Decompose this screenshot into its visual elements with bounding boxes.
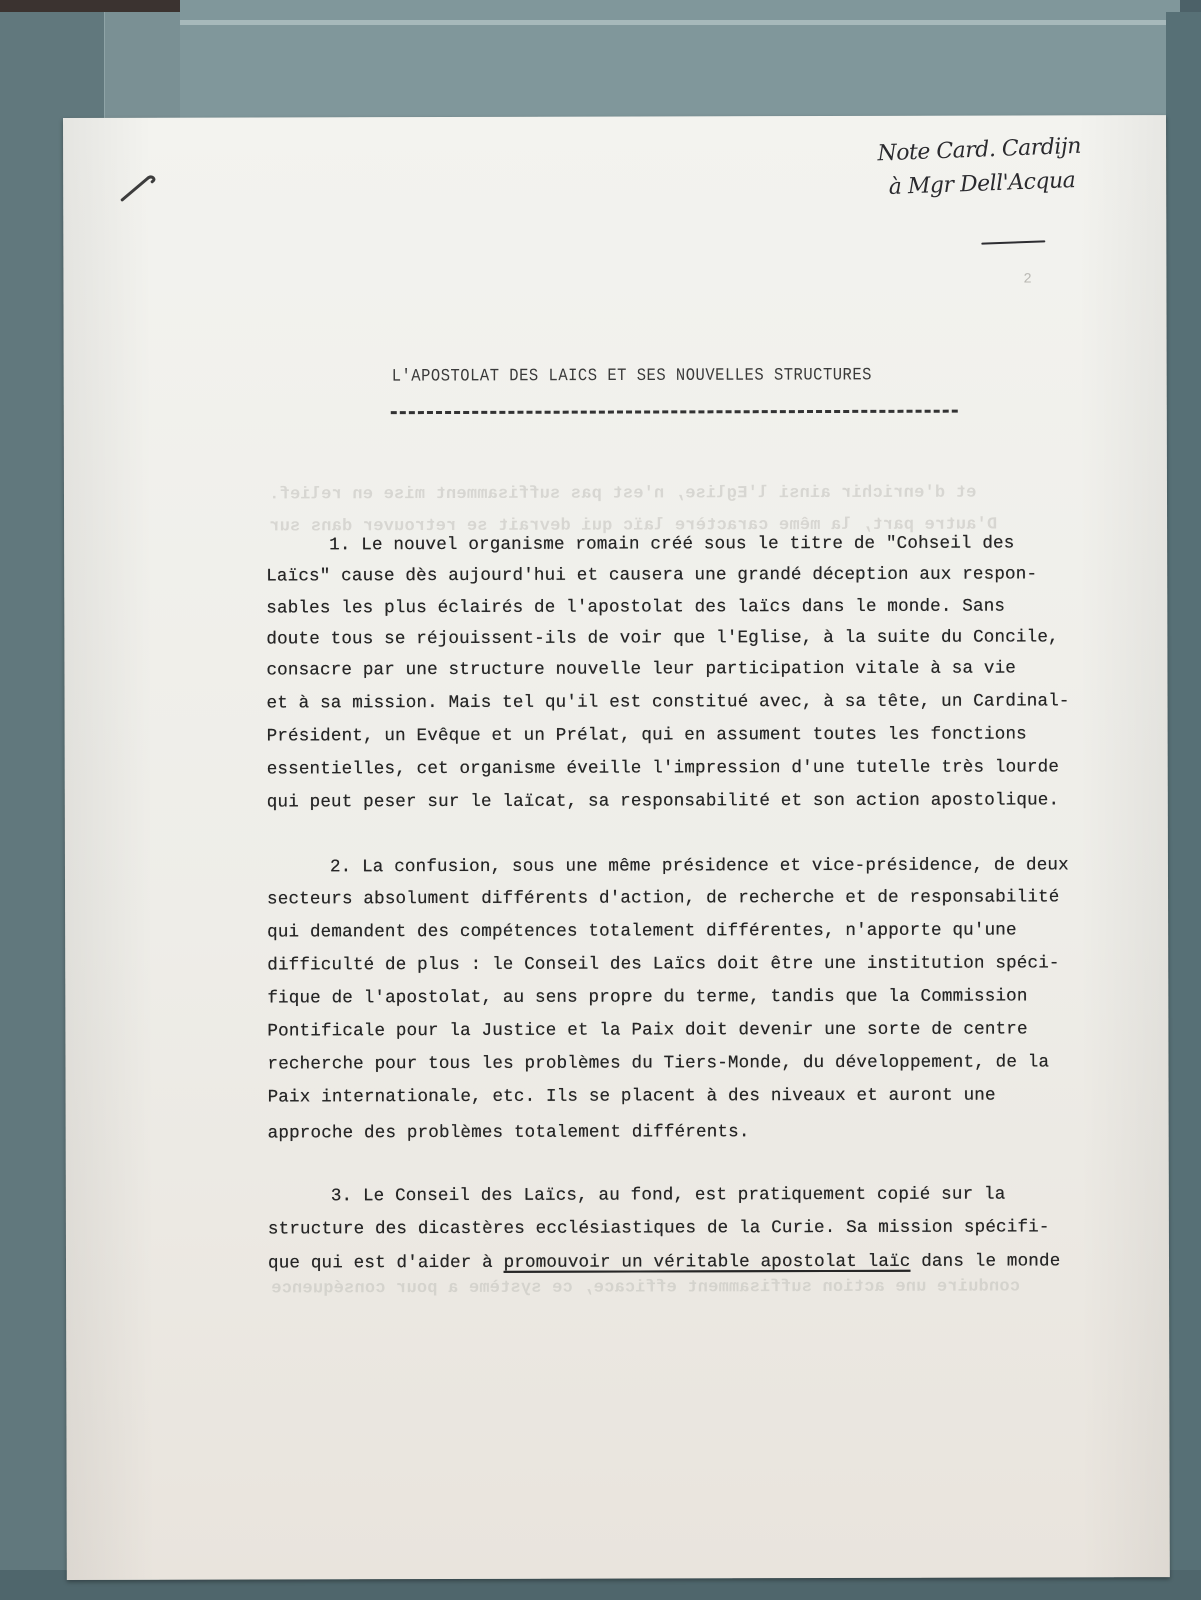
text-line: structure des dicastères ecclésiastiques…	[268, 1217, 1050, 1239]
folder-flap-middle	[104, 12, 181, 122]
folder-right-edge	[1166, 12, 1201, 1600]
text-line: essentielles, cet organisme éveille l'im…	[267, 757, 1059, 779]
show-through-page-number: 2	[1023, 271, 1031, 287]
staple-icon	[119, 170, 165, 204]
show-through-text: et d'enrichir ainsi l'Eglise, n'est pas …	[269, 484, 976, 505]
show-through-text: conduire une action suffisamment efficac…	[271, 1277, 1020, 1298]
text-line: doute tous se réjouissent-ils de voir qu…	[266, 627, 1058, 649]
text-line: 1. Le nouvel organisme romain créé sous …	[329, 534, 1014, 556]
text-line: que qui est d'aider à promouvoir un véri…	[268, 1251, 1060, 1273]
folder-top-cover	[180, 0, 1180, 120]
text-line: Laïcs" cause dès aujourd'hui et causera …	[266, 564, 1037, 586]
handwritten-line-1: Note Card. Cardijn	[877, 134, 1081, 167]
text-line: consacre par une structure nouvelle leur…	[266, 659, 1016, 681]
text-line: approche des problèmes totalement différ…	[268, 1122, 750, 1143]
text-line: difficulté de plus : le Conseil des Laïc…	[267, 953, 1059, 975]
document-title: L'APOSTOLAT DES LAICS ET SES NOUVELLES S…	[392, 365, 872, 386]
text-line: 2. La confusion, sous une même présidenc…	[330, 855, 1069, 877]
handwritten-dash	[981, 240, 1045, 244]
text-line: Pontificale pour la Justice et la Paix d…	[267, 1019, 1027, 1041]
text-line: qui demandent des compétences totalement…	[267, 921, 1017, 943]
text-segment: dans le monde	[910, 1251, 1060, 1271]
text-line: 3. Le Conseil des Laïcs, au fond, est pr…	[331, 1185, 1006, 1207]
handwritten-annotation: Note Card. Cardijn à Mgr Dell'Acqua	[877, 130, 1083, 206]
text-line: secteurs absolument différents d'action,…	[267, 887, 1059, 909]
text-line: fique de l'apostolat, au sens propre du …	[267, 986, 1027, 1008]
text-line: recherche pour tous les problèmes du Tie…	[267, 1052, 1049, 1074]
folder-crease	[180, 20, 1180, 25]
text-line: Paix internationale, etc. Ils se placent…	[268, 1086, 996, 1108]
text-line: qui peut peser sur le laïcat, sa respons…	[267, 790, 1059, 812]
typewritten-page: Note Card. Cardijn à Mgr Dell'Acqua 2 et…	[63, 115, 1170, 1580]
text-segment: que qui est d'aider à	[268, 1253, 504, 1274]
text-line: sables les plus éclairés de l'apostolat …	[266, 597, 1005, 619]
text-line: Président, un Evêque et un Prélat, qui e…	[267, 724, 1027, 746]
underlined-phrase: promouvoir un véritable apostolat laïc	[504, 1252, 911, 1273]
title-dashed-rule	[391, 410, 958, 414]
handwritten-line-2: à Mgr Dell'Acqua	[878, 164, 1083, 206]
text-line: et à sa mission. Mais tel qu'il est cons…	[267, 691, 1070, 713]
